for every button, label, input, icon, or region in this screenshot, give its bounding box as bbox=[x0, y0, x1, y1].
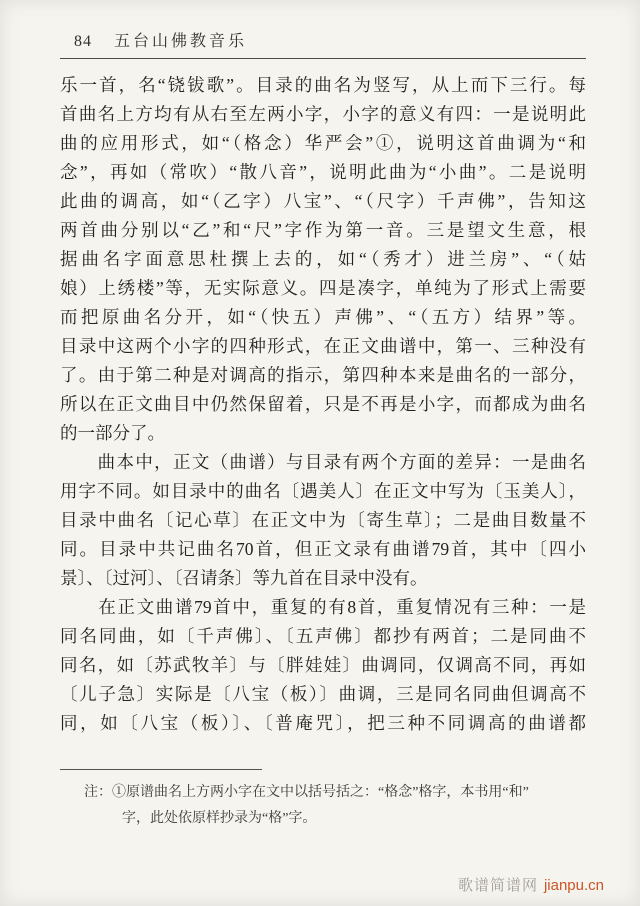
text-line: 在正文曲谱79首中，重复的有8首，重复情况有三种：一是 bbox=[60, 593, 586, 622]
text-line: 景〕、〔过河〕、〔召请条〕等九首在目录中没有。 bbox=[60, 564, 586, 593]
text-line: 目录中这两个小字的四种形式，在正文曲谱中，第一、三种没有 bbox=[60, 332, 586, 361]
footnote-label: 注： bbox=[84, 780, 112, 806]
footnote-lines: ①原谱曲名上方两小字在文中以括号括之：“格念”格字，本书用“和”字，此处依原样抄… bbox=[112, 780, 589, 832]
text-line: 同，如〔八宝（板）〕、〔普庵咒〕，把三种不同调高的曲谱都 bbox=[60, 709, 586, 738]
text-line: 而把原曲名分开，如“（快五）声佛”、“（五方）结界”等。 bbox=[60, 303, 586, 332]
text-line: 据曲名字面意思杜撰上去的，如“（秀才）进兰房”、“（姑 bbox=[60, 245, 586, 274]
text-line: 了。由于第二种是对调高的指示，第四种本来是曲名的一部分， bbox=[60, 361, 586, 390]
text-line: 娘）上绣楼”等，无实际意义。四是凑字，单纯为了形式上需要 bbox=[60, 274, 586, 303]
text-line: 所以在正文曲目中仍然保留着，只是不再是小字，而都成为曲名 bbox=[60, 390, 586, 419]
text-line: 乐一首，名“铙钹歌”。目录的曲名为竖写，从上而下三行。每 bbox=[60, 71, 586, 100]
text-line: 用字不同。如目录中的曲名〔遇美人〕在正文中写为〔玉美人〕， bbox=[60, 477, 586, 506]
text-line: 首曲名上方均有从右至左两小字，小字的意义有四：一是说明此 bbox=[60, 100, 586, 129]
book-page: 84五台山佛教音乐 乐一首，名“铙钹歌”。目录的曲名为竖写，从上而下三行。每首曲… bbox=[0, 0, 640, 906]
text-line: 念”，再如（常吹）“散八音”，说明此曲为“小曲”。二是说明 bbox=[60, 158, 586, 187]
page-number: 84 bbox=[74, 33, 92, 50]
book-title: 五台山佛教音乐 bbox=[114, 33, 247, 50]
text-line: 曲本中，正文（曲谱）与目录有两个方面的差异：一是曲名 bbox=[60, 448, 586, 477]
text-line: 同名，如〔苏武牧羊〕与〔胖娃娃〕曲调同，仅调高不同，再如 bbox=[60, 651, 586, 680]
watermark: 歌谱简谱网jianpu.cn bbox=[0, 874, 604, 895]
text-line: 同名同曲，如〔千声佛〕、〔五声佛〕都抄有两首；二是同曲不 bbox=[60, 622, 586, 651]
watermark-site-name: 歌谱简谱网 bbox=[458, 877, 538, 894]
body-text: 乐一首，名“铙钹歌”。目录的曲名为竖写，从上而下三行。每首曲名上方均有从右至左两… bbox=[60, 71, 586, 738]
text-line: 〔儿子急〕实际是〔八宝（板）〕曲调，三是同名同曲但调高不 bbox=[60, 680, 586, 709]
text-line: 两首曲分别以“乙”和“尺”字作为第一音。三是望文生意，根 bbox=[60, 216, 586, 245]
footnote-line: ①原谱曲名上方两小字在文中以括号括之：“格念”格字，本书用“和” bbox=[112, 780, 589, 806]
text-line: 的一部分了。 bbox=[60, 419, 586, 448]
text-line: 同。目录中共记曲名70首，但正文录有曲谱79首，其中〔四小 bbox=[60, 535, 586, 564]
text-line: 目录中曲名〔记心草〕在正文中为〔寄生草〕；二是曲目数量不 bbox=[60, 506, 586, 535]
text-line: 此曲的调高，如“（乙字）八宝”、“（尺字）千声佛”，告知这 bbox=[60, 187, 586, 216]
running-header: 84五台山佛教音乐 bbox=[60, 28, 586, 59]
footnote-separator bbox=[60, 769, 262, 770]
watermark-domain: jianpu.cn bbox=[544, 877, 604, 894]
footnote: 注： ①原谱曲名上方两小字在文中以括号括之：“格念”格字，本书用“和”字，此处依… bbox=[84, 780, 589, 832]
text-line: 曲的应用形式，如“（格念）华严会”①，说明这首曲调为“和 bbox=[60, 129, 586, 158]
footnote-line: 字，此处依原样抄录为“格”字。 bbox=[112, 806, 589, 832]
